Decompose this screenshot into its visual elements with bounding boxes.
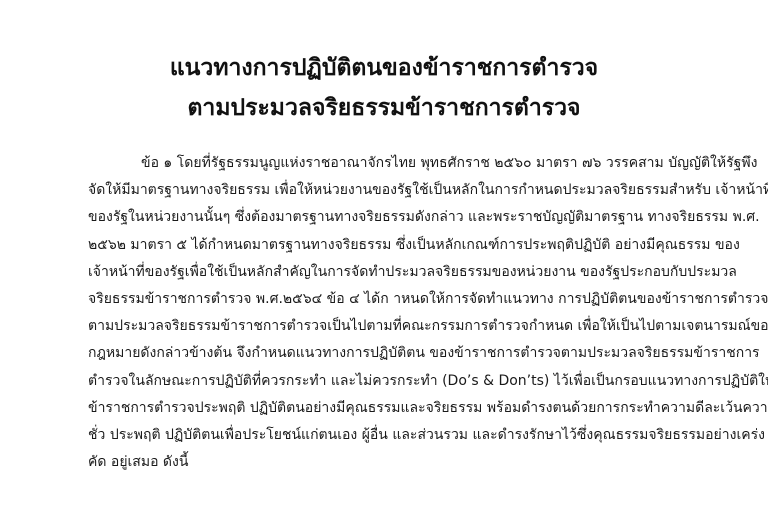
paragraph-line: เจ้าหน้าที่ของรัฐเพื่อใช้เป็นหลักสำคัญใน… [88, 259, 704, 286]
title-line-2: ตามประมวลจริยธรรมข้าราชการตำรวจ [0, 88, 768, 128]
paragraph-line: กฎหมายดังกล่าวข้างต้น จึงกำหนดแนวทางการป… [88, 340, 704, 367]
paragraph-line: ชั่ว ประพฤติ ปฏิบัติตนเพื่อประโยชน์แก่ตน… [88, 422, 704, 449]
paragraph-line: จัดให้มีมาตรฐานทางจริยธรรม เพื่อให้หน่วย… [88, 177, 704, 204]
paragraph-line: จริยธรรมข้าราชการตำรวจ พ.ศ.๒๕๖๔ ข้อ ๔ ได… [88, 286, 704, 313]
document-paragraph: ข้อ ๑ โดยที่รัฐธรรมนูญแห่งราชอาณาจักรไทย… [88, 150, 704, 476]
document-page: แนวทางการปฏิบัติตนของข้าราชการตำรวจ ตามป… [0, 0, 768, 520]
paragraph-line: ของรัฐในหน่วยงานนั้นๆ ซึ่งต้องมาตรฐานทาง… [88, 204, 704, 231]
paragraph-line: ตามประมวลจริยธรรมข้าราชการตำรวจเป็นไปตาม… [88, 313, 704, 340]
title-line-1: แนวทางการปฏิบัติตนของข้าราชการตำรวจ [0, 48, 768, 88]
paragraph-line: คัด อยู่เสมอ ดังนี้ [88, 449, 704, 476]
document-title: แนวทางการปฏิบัติตนของข้าราชการตำรวจ ตามป… [0, 48, 768, 128]
paragraph-line: ๒๕๖๒ มาตรา ๕ ได้กำหนดมาตรฐานทางจริยธรรม … [88, 232, 704, 259]
paragraph-line: ข้าราชการตำรวจประพฤติ ปฏิบัติตนอย่างมีคุ… [88, 395, 704, 422]
paragraph-line: ตำรวจในลักษณะการปฏิบัติที่ควรกระทำ และไม… [88, 368, 704, 395]
paragraph-line: ข้อ ๑ โดยที่รัฐธรรมนูญแห่งราชอาณาจักรไทย… [88, 150, 704, 177]
